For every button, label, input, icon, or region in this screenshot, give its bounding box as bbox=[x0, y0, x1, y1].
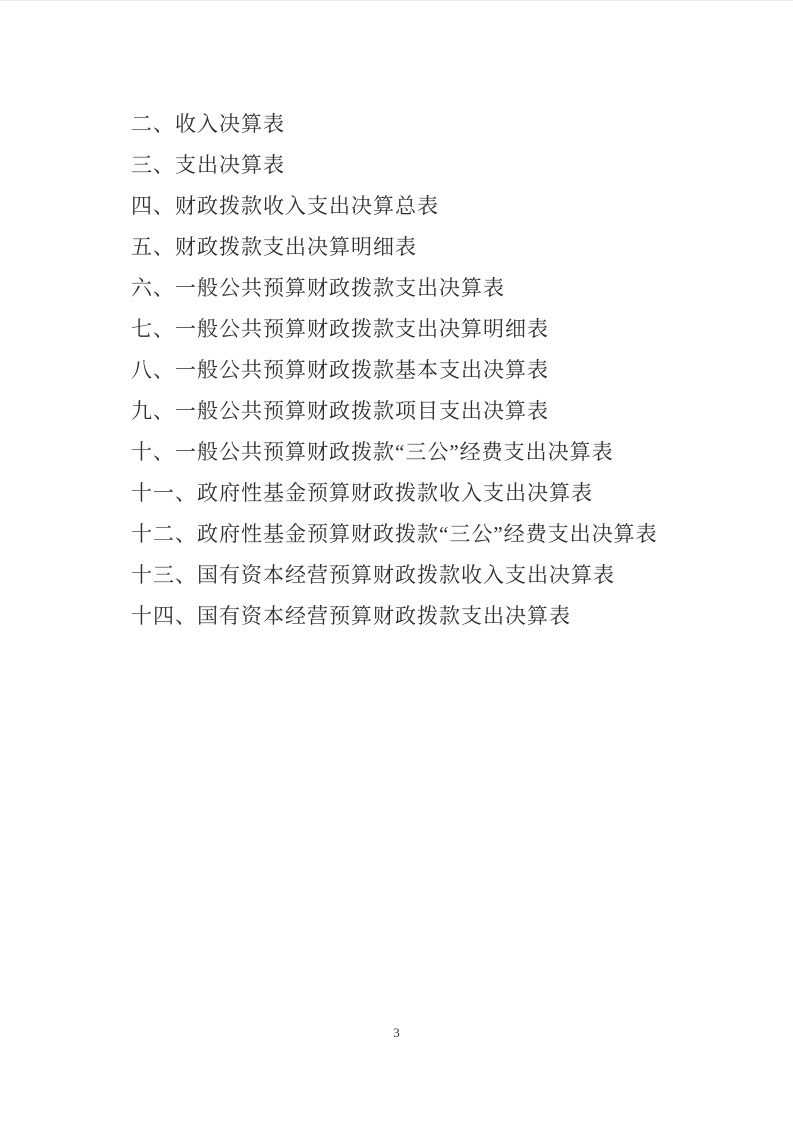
toc-item: 六、一般公共预算财政拨款支出决算表 bbox=[131, 268, 731, 309]
toc-item: 四、财政拨款收入支出决算总表 bbox=[131, 186, 731, 227]
toc-item: 十二、政府性基金预算财政拨款“三公”经费支出决算表 bbox=[131, 514, 731, 555]
toc-item: 七、一般公共预算财政拨款支出决算明细表 bbox=[131, 309, 731, 350]
toc-item: 十、一般公共预算财政拨款“三公”经费支出决算表 bbox=[131, 432, 731, 473]
toc-item: 十四、国有资本经营预算财政拨款支出决算表 bbox=[131, 596, 731, 637]
toc-list: 二、收入决算表 三、支出决算表 四、财政拨款收入支出决算总表 五、财政拨款支出决… bbox=[131, 104, 731, 637]
toc-item: 三、支出决算表 bbox=[131, 145, 731, 186]
toc-item: 十一、政府性基金预算财政拨款收入支出决算表 bbox=[131, 473, 731, 514]
page-number: 3 bbox=[0, 1025, 793, 1041]
toc-item: 八、一般公共预算财政拨款基本支出决算表 bbox=[131, 350, 731, 391]
toc-item: 五、财政拨款支出决算明细表 bbox=[131, 227, 731, 268]
toc-item: 九、一般公共预算财政拨款项目支出决算表 bbox=[131, 391, 731, 432]
document-page: 二、收入决算表 三、支出决算表 四、财政拨款收入支出决算总表 五、财政拨款支出决… bbox=[0, 0, 793, 1122]
toc-item: 二、收入决算表 bbox=[131, 104, 731, 145]
toc-item: 十三、国有资本经营预算财政拨款收入支出决算表 bbox=[131, 555, 731, 596]
page-top-edge bbox=[0, 0, 793, 1]
